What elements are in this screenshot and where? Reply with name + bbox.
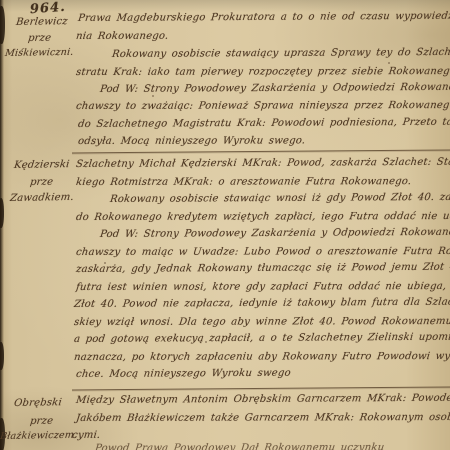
- ink-speck: [298, 212, 300, 214]
- entry-line: skiey wziął wnosi. Dla tego aby winne Zł…: [73, 316, 450, 328]
- ink-speck: [104, 262, 106, 264]
- margin-party-name: Berlewicz: [15, 16, 68, 28]
- folio-number: 964.: [30, 0, 67, 17]
- entry-line: Pod W: Strony Powodowey Zaskarżenia y Od…: [99, 227, 450, 240]
- edge-ink-blot: [0, 6, 5, 44]
- entry-line: futra iest winien wnosi, ktore gdy zapła…: [75, 281, 450, 293]
- entry-line: do Szlachetnego Magistratu Krak: Powodow…: [77, 116, 450, 130]
- ink-speck: [152, 95, 154, 97]
- entry-line: do Rokowanego kredytem wziętych zapłaci,…: [75, 211, 450, 223]
- margin-prze-label: prze: [27, 33, 52, 44]
- margin-prze-label: prze: [29, 416, 54, 427]
- margin-party-name: Błażkiewiczem.: [0, 430, 78, 442]
- entry-separator: [72, 387, 450, 391]
- entry-line: naznacza, po ktorych zapłaceniu aby Roko…: [73, 351, 450, 363]
- entry-line: a pod gotową exekucyą zapłacił, a o te S…: [73, 331, 450, 345]
- entry-line: odsyła. Mocą ninieyszego Wyroku swego.: [77, 135, 306, 147]
- entry-line: Rokowany osobiscie stawaiąc wnosi iż gdy…: [109, 192, 450, 205]
- entry-line: zaskarża, gdy Jednak Rokowany tłumacząc …: [75, 261, 450, 275]
- entry-line: Złot 40. Powod nie zapłacza, iedynie iż …: [73, 296, 450, 310]
- entry-line: chawszy to zważaiąc: Ponieważ Sprawa nin…: [75, 100, 450, 112]
- entry-separator: [72, 150, 450, 154]
- margin-party-name: Zawadkiem.: [9, 192, 74, 204]
- entry-line: Szlachetny Michał Kędzierski MKrak: Powo…: [75, 156, 450, 170]
- ink-speck: [205, 341, 207, 343]
- entry-line: kiego Rotmistrza MKrak: o aresztowanie F…: [75, 176, 412, 188]
- entry-line: Prawa Magdeburskiego Prokuratora a to o …: [77, 10, 450, 24]
- margin-party-name: Miśkiewiczni.: [4, 47, 74, 59]
- entry-line: cymi.: [71, 430, 101, 441]
- entry-line: chce. Mocą ninieyszego Wyroku swego: [75, 368, 291, 380]
- entry-line: nia Rokowanego.: [75, 31, 169, 42]
- entry-line: Rokowany osobiscie stawaiący uprasza Spr…: [111, 47, 450, 60]
- entry-line: chawszy to maiąc w Uwadze: Lubo Powod o …: [75, 246, 450, 258]
- ink-speck: [388, 62, 390, 64]
- entry-line-partial: Powod Prawa Powodowey Dał Rokowanemu ucz…: [94, 442, 385, 450]
- entry-line: stratu Krak: iako tam pierwey rozpoczęte…: [75, 66, 450, 78]
- manuscript-page: 964. Berlewicz prze Miśkiewiczni. Prawa …: [0, 0, 450, 450]
- entry-line: Jakóbem Błażkiewiczem także Garncarzem M…: [75, 412, 450, 424]
- margin-party-name: Obrębski: [13, 397, 62, 409]
- entry-line: Między Sławetnym Antonim Obrębskim Garnc…: [75, 392, 450, 406]
- margin-prze-label: prze: [29, 177, 54, 188]
- margin-party-name: Kędzierski: [13, 159, 70, 171]
- entry-line: Pod W: Strony Powodowey Zaskarżenia y Od…: [99, 82, 450, 95]
